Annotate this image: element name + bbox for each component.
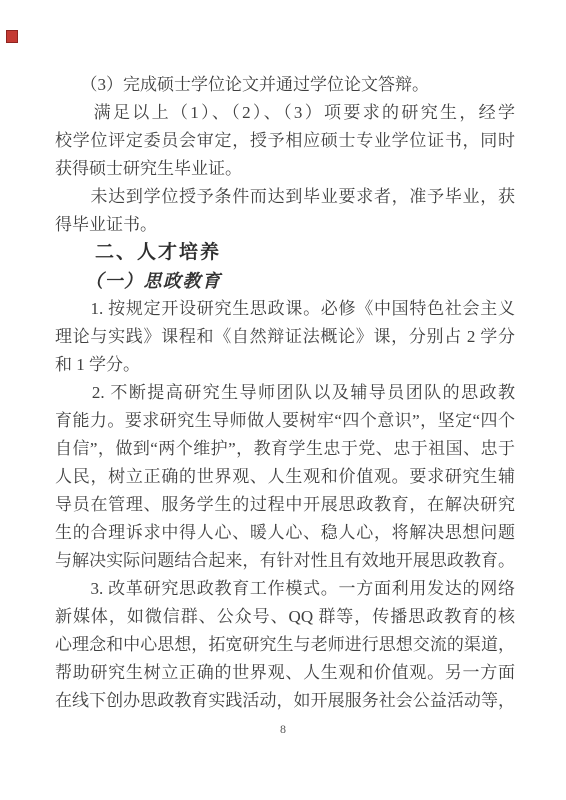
- doc-line: 人民，树立正确的世界观、人生观和价值观。要求研究生辅: [55, 463, 515, 491]
- doc-line: 自信”，做到“两个维护”，教育学生忠于党、忠于祖国、忠于: [55, 435, 515, 463]
- doc-line: 和 1 学分。: [55, 351, 515, 379]
- subsection-heading: （一）思政教育: [55, 267, 515, 295]
- page-number: 8: [0, 721, 566, 737]
- doc-line: 理论与实践》课程和《自然辩证法概论》课，分别占 2 学分: [55, 323, 515, 351]
- red-square-mark: [6, 30, 18, 43]
- document-page: （3）完成硕士学位论文并通过学位论文答辩。 满足以上（1）、（2）、（3）项要求…: [0, 0, 566, 800]
- doc-line: 校学位评定委员会审定，授予相应硕士专业学位证书，同时: [55, 127, 515, 155]
- doc-line: 导员在管理、服务学生的过程中开展思政教育，在解决研究: [55, 491, 515, 519]
- doc-line: 得毕业证书。: [55, 211, 515, 239]
- doc-line: 与解决实际问题结合起来，有针对性且有效地开展思政教育。: [55, 547, 515, 575]
- section-heading: 二、人才培养: [55, 239, 515, 267]
- doc-line: 心理念和中心思想，拓宽研究生与老师进行思想交流的渠道，: [55, 631, 515, 659]
- doc-line: （3）完成硕士学位论文并通过学位论文答辩。: [55, 71, 515, 99]
- doc-line: 帮助研究生树立正确的世界观、人生观和价值观。另一方面: [55, 659, 515, 687]
- doc-line: 生的合理诉求中得人心、暖人心、稳人心，将解决思想问题: [55, 519, 515, 547]
- document-body: （3）完成硕士学位论文并通过学位论文答辩。 满足以上（1）、（2）、（3）项要求…: [55, 71, 515, 715]
- doc-line: 新媒体，如微信群、公众号、QQ 群等，传播思政教育的核: [55, 603, 515, 631]
- doc-line: 在线下创办思政教育实践活动，如开展服务社会公益活动等，: [55, 687, 515, 715]
- doc-line: 育能力。要求研究生导师做人要树牢“四个意识”，坚定“四个: [55, 407, 515, 435]
- doc-line: 未达到学位授予条件而达到毕业要求者，准予毕业，获: [55, 183, 515, 211]
- doc-line: 3. 改革研究思政教育工作模式。一方面利用发达的网络: [55, 575, 515, 603]
- doc-line: 1. 按规定开设研究生思政课。必修《中国特色社会主义: [55, 295, 515, 323]
- doc-line: 2. 不断提高研究生导师团队以及辅导员团队的思政教: [55, 379, 515, 407]
- doc-line: 获得硕士研究生毕业证。: [55, 155, 515, 183]
- doc-line: 满足以上（1）、（2）、（3）项要求的研究生，经学: [55, 99, 515, 127]
